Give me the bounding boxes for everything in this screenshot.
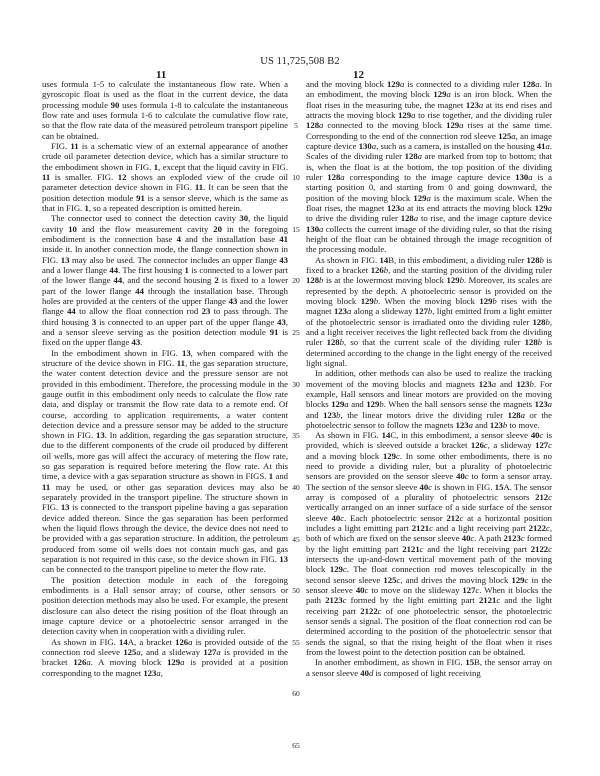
line-number: 45 — [290, 535, 302, 544]
paragraph: In another embodiment, as shown in FIG. … — [306, 657, 552, 678]
paragraph: As shown in FIG. 14C, in this embodiment… — [306, 430, 552, 657]
paragraph: FIG. 11 is a schematic view of an extern… — [42, 141, 288, 213]
line-number: 15 — [290, 225, 302, 234]
paragraph: The position detection module in each of… — [42, 575, 288, 637]
left-text-column: uses formula 1-5 to calculate the instan… — [42, 79, 288, 678]
line-number: 30 — [290, 380, 302, 389]
line-number: 40 — [290, 483, 302, 492]
line-number: 35 — [290, 431, 302, 440]
line-number: 65 — [290, 741, 302, 750]
line-number: 50 — [290, 586, 302, 595]
paragraph: As shown in FIG. 14A, a bracket 126a is … — [42, 637, 288, 678]
line-number: 60 — [290, 689, 302, 698]
line-number: 55 — [290, 638, 302, 647]
line-number: 5 — [290, 121, 302, 130]
right-text-column: and the moving block 129a is connected t… — [306, 79, 552, 678]
line-number: 25 — [290, 328, 302, 337]
line-number: 20 — [290, 276, 302, 285]
patent-number-header: US 11,725,508 B2 — [0, 56, 600, 67]
paragraph: uses formula 1-5 to calculate the instan… — [42, 79, 288, 141]
paragraph: The connector used to connect the detect… — [42, 213, 288, 347]
paragraph: In the embodiment shown in FIG. 13, when… — [42, 348, 288, 575]
line-number: 10 — [290, 173, 302, 182]
paragraph: In addition, other methods can also be u… — [306, 368, 552, 430]
paragraph: and the moving block 129a is connected t… — [306, 79, 552, 255]
paragraph: As shown in FIG. 14B, in this embodiment… — [306, 255, 552, 369]
